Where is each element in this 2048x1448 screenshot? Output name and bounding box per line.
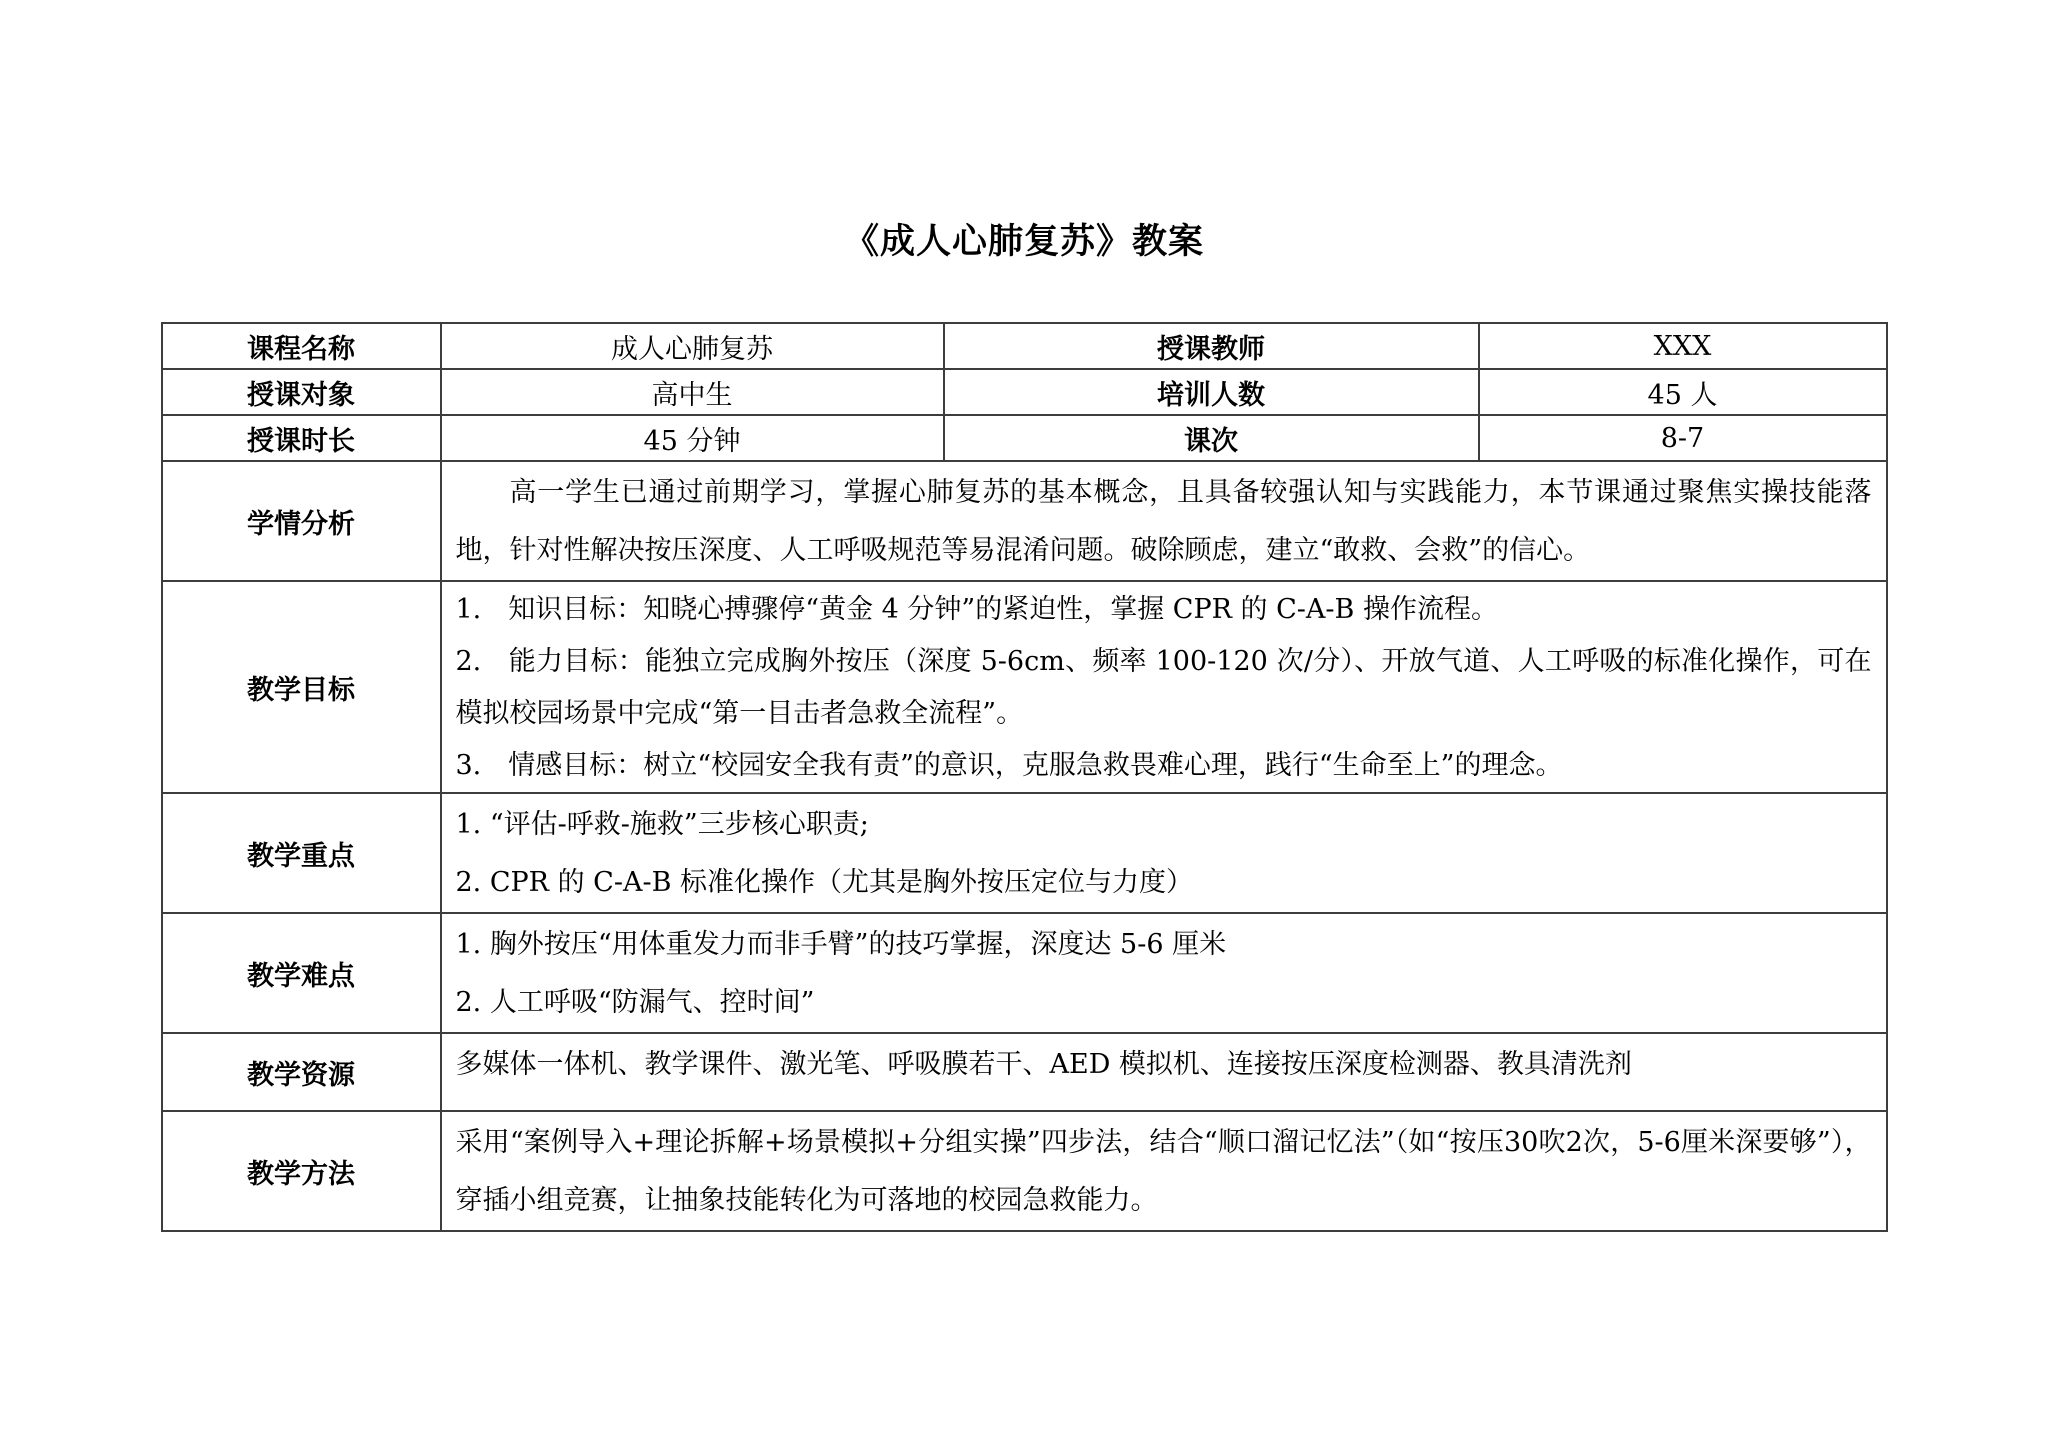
section-paragraph: 2. 人工呼吸“防漏气、控时间”	[456, 974, 1872, 1032]
section-label-teaching-difficulties: 教学难点	[162, 913, 441, 1033]
section-label-learner-analysis: 学情分析	[162, 461, 441, 581]
section-label-teaching-methods: 教学方法	[162, 1111, 441, 1231]
section-label-teaching-resources: 教学资源	[162, 1033, 441, 1111]
section-content-teaching-resources: 多媒体一体机、教学课件、激光笔、呼吸膜若干、AED 模拟机、连接按压深度检测器、…	[441, 1033, 1887, 1111]
field-label-lesson-number: 课次	[944, 415, 1479, 461]
field-label-duration: 授课时长	[162, 415, 441, 461]
table-row-teaching-resources: 教学资源 多媒体一体机、教学课件、激光笔、呼吸膜若干、AED 模拟机、连接按压深…	[162, 1033, 1887, 1111]
table-row-course-name: 课程名称 成人心肺复苏 授课教师 XXX	[162, 323, 1887, 369]
section-paragraph: 采用“案例导入+理论拆解+场景模拟+分组实操”四步法，结合“顺口溜记忆法”（如“…	[456, 1114, 1872, 1230]
section-paragraph: 3. 情感目标：树立“校园安全我有责”的意识，克服急救畏难心理，践行“生命至上”…	[456, 740, 1872, 792]
table-row-audience: 授课对象 高中生 培训人数 45 人	[162, 369, 1887, 415]
section-content-teaching-goals: 1. 知识目标：知晓心搏骤停“黄金 4 分钟”的紧迫性，掌握 CPR 的 C-A…	[441, 581, 1887, 793]
table-row-duration: 授课时长 45 分钟 课次 8-7	[162, 415, 1887, 461]
section-paragraph: 多媒体一体机、教学课件、激光笔、呼吸膜若干、AED 模拟机、连接按压深度检测器、…	[456, 1036, 1872, 1094]
section-content-learner-analysis: 高一学生已通过前期学习，掌握心肺复苏的基本概念，且具备较强认知与实践能力，本节课…	[441, 461, 1887, 581]
field-value-teacher: XXX	[1479, 323, 1887, 369]
section-content-teaching-difficulties: 1. 胸外按压“用体重发力而非手臂”的技巧掌握，深度达 5-6 厘米 2. 人工…	[441, 913, 1887, 1033]
field-value-duration: 45 分钟	[441, 415, 944, 461]
field-value-course-name: 成人心肺复苏	[441, 323, 944, 369]
field-value-trainee-count: 45 人	[1479, 369, 1887, 415]
table-row-teaching-difficulties: 教学难点 1. 胸外按压“用体重发力而非手臂”的技巧掌握，深度达 5-6 厘米 …	[162, 913, 1887, 1033]
section-paragraph: 1. 知识目标：知晓心搏骤停“黄金 4 分钟”的紧迫性，掌握 CPR 的 C-A…	[456, 584, 1872, 636]
field-label-trainee-count: 培训人数	[944, 369, 1479, 415]
section-paragraph: 1. “评估-呼救-施救”三步核心职责;	[456, 796, 1872, 854]
section-paragraph: 2. CPR 的 C-A-B 标准化操作（尤其是胸外按压定位与力度）	[456, 854, 1872, 912]
lesson-plan-table: 课程名称 成人心肺复苏 授课教师 XXX 授课对象 高中生 培训人数 45 人 …	[161, 322, 1888, 1232]
section-paragraph: 2. 能力目标：能独立完成胸外按压（深度 5-6cm、频率 100-120 次/…	[456, 636, 1872, 740]
section-label-teaching-goals: 教学目标	[162, 581, 441, 793]
table-row-teaching-methods: 教学方法 采用“案例导入+理论拆解+场景模拟+分组实操”四步法，结合“顺口溜记忆…	[162, 1111, 1887, 1231]
document-page: { "doc": { "title": "《成人心肺复苏》教案" }, "tab…	[0, 0, 2048, 1448]
document-title: 《成人心肺复苏》教案	[0, 0, 2048, 264]
field-label-course-name: 课程名称	[162, 323, 441, 369]
section-content-teaching-methods: 采用“案例导入+理论拆解+场景模拟+分组实操”四步法，结合“顺口溜记忆法”（如“…	[441, 1111, 1887, 1231]
section-label-teaching-focus: 教学重点	[162, 793, 441, 913]
field-label-audience: 授课对象	[162, 369, 441, 415]
section-content-teaching-focus: 1. “评估-呼救-施救”三步核心职责; 2. CPR 的 C-A-B 标准化操…	[441, 793, 1887, 913]
table-row-teaching-focus: 教学重点 1. “评估-呼救-施救”三步核心职责; 2. CPR 的 C-A-B…	[162, 793, 1887, 913]
field-value-audience: 高中生	[441, 369, 944, 415]
field-value-lesson-number: 8-7	[1479, 415, 1887, 461]
section-paragraph: 高一学生已通过前期学习，掌握心肺复苏的基本概念，且具备较强认知与实践能力，本节课…	[456, 464, 1872, 580]
section-paragraph: 1. 胸外按压“用体重发力而非手臂”的技巧掌握，深度达 5-6 厘米	[456, 916, 1872, 974]
table-row-teaching-goals: 教学目标 1. 知识目标：知晓心搏骤停“黄金 4 分钟”的紧迫性，掌握 CPR …	[162, 581, 1887, 793]
table-row-learner-analysis: 学情分析 高一学生已通过前期学习，掌握心肺复苏的基本概念，且具备较强认知与实践能…	[162, 461, 1887, 581]
field-label-teacher: 授课教师	[944, 323, 1479, 369]
